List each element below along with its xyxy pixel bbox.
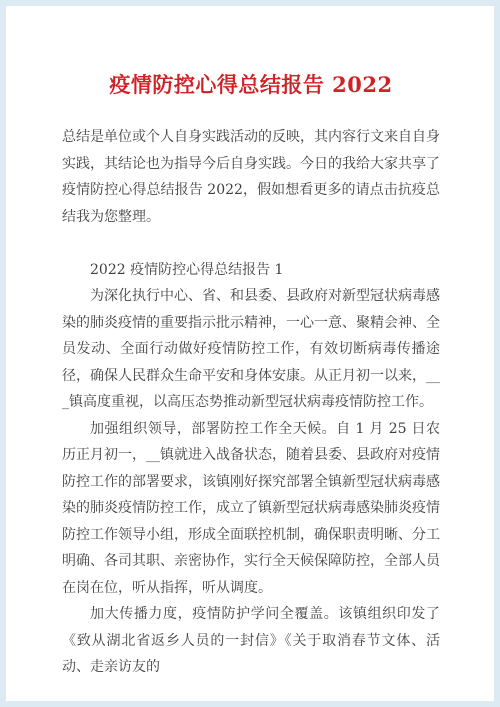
intro-paragraph: 总结是单位或个人自身实践活动的反映，其内容行文来自自身实践，其结论也为指导今后自… bbox=[62, 124, 440, 230]
document-title: 疫情防控心得总结报告 2022 bbox=[62, 70, 440, 100]
body-paragraph-2: 加强组织领导，部署防控工作全天候。自 1 月 25 日农历正月初一，__镇就进入… bbox=[62, 416, 440, 602]
body-paragraph-3: 加大传播力度，疫情防护学问全覆盖。该镇组织印发了《致从湖北省返乡人员的一封信》《… bbox=[62, 601, 440, 681]
document-page: 疫情防控心得总结报告 2022 总结是单位或个人自身实践活动的反映，其内容行文来… bbox=[0, 0, 500, 707]
document-content: 疫情防控心得总结报告 2022 总结是单位或个人自身实践活动的反映，其内容行文来… bbox=[6, 6, 494, 701]
document-body: 总结是单位或个人自身实践活动的反映，其内容行文来自自身实践，其结论也为指导今后自… bbox=[62, 124, 440, 681]
section-heading: 2022 疫情防控心得总结报告 1 bbox=[62, 257, 440, 284]
body-paragraph-1: 为深化执行中心、省、和县委、县政府对新型冠状病毒感染的肺炎疫情的重要指示批示精神… bbox=[62, 283, 440, 416]
